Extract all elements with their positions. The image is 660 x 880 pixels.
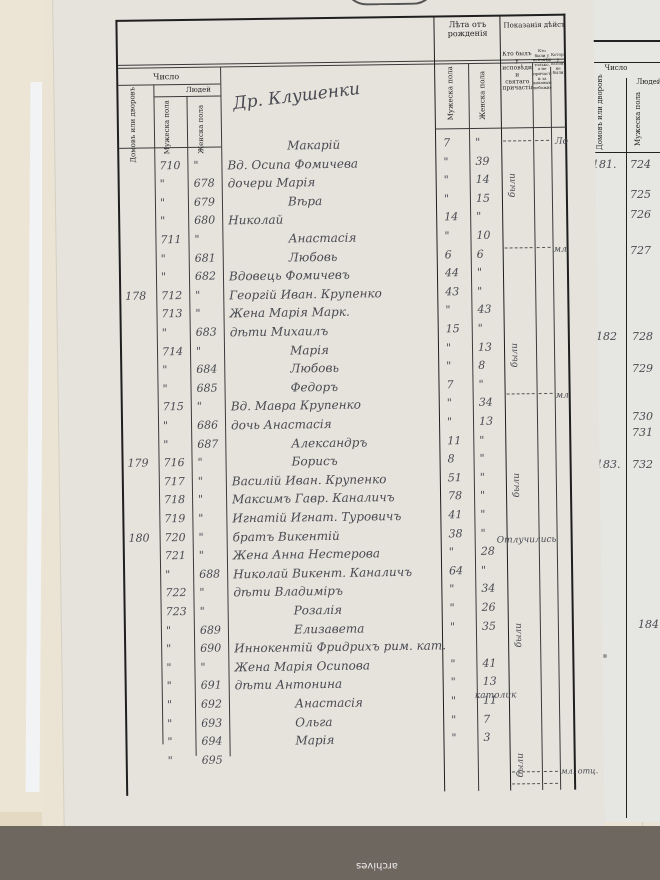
- male-number: ": [165, 568, 170, 581]
- male-number: ": [163, 419, 168, 432]
- right-entry: 732: [632, 458, 653, 471]
- status-were-5: были: [516, 753, 526, 777]
- right-entry: 726: [630, 208, 651, 221]
- male-number: ": [162, 326, 167, 339]
- male-number: ": [167, 680, 172, 693]
- male-number: ": [163, 438, 168, 451]
- age-male: 7: [443, 136, 450, 149]
- age-male: ": [451, 731, 456, 744]
- person-name: братъ Викентій: [233, 528, 340, 543]
- person-name: Вѣра: [288, 194, 322, 208]
- age-male: 44: [445, 266, 459, 279]
- male-number: ": [161, 252, 166, 265]
- female-number: 688: [199, 567, 220, 580]
- person-name: Макарій: [287, 138, 340, 153]
- female-number: 686: [197, 419, 218, 432]
- female-number: 679: [194, 195, 215, 208]
- status-note-bottom: мл. отц.: [561, 766, 598, 776]
- female-number: ": [198, 475, 203, 488]
- person-name: Николай: [228, 213, 283, 228]
- female-number: 695: [202, 753, 223, 766]
- person-name: Николай Викент. Каналичъ: [233, 565, 412, 581]
- female-number: 685: [196, 381, 217, 394]
- person-name: Вд. Мавра Крупенко: [231, 398, 361, 414]
- person-name: Игнатій Игнат. Туровичъ: [232, 509, 401, 525]
- age-male: ": [451, 694, 456, 707]
- age-female: ": [477, 285, 482, 298]
- female-number: ": [195, 307, 200, 320]
- male-number: 714: [162, 345, 183, 358]
- age-female: ": [480, 489, 485, 502]
- person-name: дѣти Антонина: [235, 677, 343, 692]
- male-number: ": [162, 363, 167, 376]
- age-female: ": [475, 136, 480, 149]
- page-mark: [603, 654, 607, 658]
- right-entry: 729: [632, 362, 653, 375]
- age-male: ": [445, 304, 450, 317]
- person-name: Василій Иван. Крупенко: [232, 472, 387, 488]
- male-number: 720: [165, 531, 186, 544]
- age-male: ": [444, 192, 449, 205]
- age-female: ": [481, 526, 486, 539]
- age-female: 34: [481, 582, 495, 595]
- person-name: Анастасія: [295, 696, 363, 711]
- brand-mark: archives: [356, 860, 398, 871]
- person-name: дочь Анастасія: [231, 417, 332, 432]
- female-number: ": [199, 530, 204, 543]
- header-status: Показанія дѣйствія: [503, 21, 565, 30]
- male-number: ": [166, 624, 171, 637]
- person-name: Любовь: [290, 361, 339, 376]
- female-number: ": [194, 233, 199, 246]
- male-number: 715: [163, 400, 184, 413]
- female-number: ": [198, 493, 203, 506]
- age-female: ": [479, 452, 484, 465]
- age-female: 26: [482, 601, 496, 614]
- header-status-only-confessed: Кто были у исповѣди только, а не причаст…: [533, 49, 552, 119]
- right-col-households: Домовъ или дворовъ: [596, 90, 604, 150]
- person-name: Борисъ: [291, 454, 337, 469]
- age-female: 34: [479, 396, 493, 409]
- person-name: Марія: [290, 343, 329, 358]
- age-male: ": [449, 545, 454, 558]
- female-number: 682: [195, 270, 216, 283]
- age-female: 41: [482, 656, 496, 669]
- status-catholic: католик: [475, 690, 517, 701]
- female-number: ": [193, 158, 198, 171]
- female-number: 681: [195, 251, 216, 264]
- person-name: дѣти Михаилъ: [230, 324, 329, 339]
- female-number: 689: [200, 623, 221, 636]
- right-entry: 725: [630, 188, 651, 201]
- age-male: ": [450, 601, 455, 614]
- male-number: 723: [166, 605, 187, 618]
- person-name: Жена Марія Осипова: [234, 658, 370, 674]
- male-number: ": [167, 717, 172, 730]
- person-name: Елизавета: [294, 621, 365, 636]
- village-heading: Др. Клушенки: [232, 79, 361, 114]
- person-name: Любовь: [289, 249, 338, 264]
- person-name: Александръ: [291, 435, 367, 450]
- female-number: 694: [201, 735, 222, 748]
- person-name: дочери Марія: [228, 175, 316, 190]
- female-number: ": [199, 549, 204, 562]
- age-female: 13: [483, 675, 497, 688]
- age-male: ": [451, 676, 456, 689]
- age-female: ": [478, 322, 483, 335]
- female-number: 684: [196, 363, 217, 376]
- header-status-confessed: Кто былъ у исповѣди и святаго причастія: [502, 51, 533, 113]
- female-number: 690: [200, 642, 221, 655]
- age-male: 14: [444, 211, 458, 224]
- age-male: 64: [449, 564, 463, 577]
- person-name: Ольга: [295, 715, 332, 730]
- female-number: ": [198, 512, 203, 525]
- female-number: 678: [194, 177, 215, 190]
- female-number: 680: [194, 214, 215, 227]
- male-number: 713: [161, 307, 182, 320]
- male-number: ": [161, 270, 166, 283]
- male-number: 716: [163, 456, 184, 469]
- female-number: 683: [196, 326, 217, 339]
- age-male: 15: [446, 322, 460, 335]
- male-number: ": [167, 698, 172, 711]
- status-note-mid2: мл.: [556, 391, 572, 401]
- header-col-households: Домовъ или дворовъ: [129, 103, 138, 163]
- male-number: 719: [164, 512, 185, 525]
- age-male: ": [447, 415, 452, 428]
- male-number: ": [160, 177, 165, 190]
- age-female: 14: [476, 173, 490, 186]
- right-entry: 184: [638, 618, 659, 631]
- male-number: 710: [159, 159, 180, 172]
- header-age-male: Мужеска пола: [446, 70, 455, 120]
- house-number: 179: [127, 457, 148, 470]
- age-male: 38: [449, 527, 463, 540]
- age-male: 78: [448, 490, 462, 503]
- header-age: Лѣта отъ рожденія: [437, 20, 497, 39]
- age-male: 7: [446, 378, 453, 391]
- male-number: 717: [164, 475, 185, 488]
- female-number: 692: [201, 698, 222, 711]
- age-male: ": [450, 657, 455, 670]
- status-were-4: были: [514, 623, 524, 647]
- female-number: ": [195, 289, 200, 302]
- age-female: 28: [481, 545, 495, 558]
- female-number: ": [200, 605, 205, 618]
- person-name: дѣти Владиміръ: [233, 584, 343, 600]
- age-female: ": [480, 508, 485, 521]
- header-number: Число: [136, 72, 196, 82]
- age-female: 10: [476, 229, 490, 242]
- house-number: 180: [129, 531, 150, 544]
- header-status-not: Которые у исповѣди не были: [551, 53, 566, 113]
- male-number: 722: [165, 586, 186, 599]
- printed-crest: [343, 0, 437, 6]
- age-female: 13: [478, 340, 492, 353]
- person-name: Жена Марія Марк.: [229, 305, 349, 321]
- status-note-top: Ло: [555, 137, 568, 147]
- female-number: ": [200, 661, 205, 674]
- right-entry: 727: [630, 244, 651, 257]
- person-name: Марія: [295, 733, 334, 748]
- age-male: ": [444, 229, 449, 242]
- age-male: ": [446, 359, 451, 372]
- age-female: 13: [479, 415, 493, 428]
- person-name: Георгій Иван. Крупенко: [229, 286, 382, 302]
- female-number: ": [197, 456, 202, 469]
- person-name: Максимъ Гавр. Каналичъ: [232, 490, 395, 506]
- right-col-male: Мужеска пола: [634, 96, 642, 146]
- male-number: ": [162, 382, 167, 395]
- status-were-2: были: [510, 343, 520, 367]
- table-surface: [0, 826, 660, 880]
- ledger-page: Число Людей Домовъ или дворовъ Мужеска п…: [52, 0, 605, 854]
- age-male: ": [446, 341, 451, 354]
- age-female: ": [481, 564, 486, 577]
- right-entry: 724: [630, 158, 651, 171]
- age-male: ": [450, 620, 455, 633]
- age-female: ": [480, 471, 485, 484]
- age-male: ": [449, 583, 454, 596]
- male-number: ": [166, 642, 171, 655]
- male-number: 718: [164, 493, 185, 506]
- age-female: 39: [475, 154, 489, 167]
- person-name: Вд. Осипа Фомичева: [227, 156, 358, 172]
- age-female: 35: [482, 619, 496, 632]
- female-number: 693: [201, 716, 222, 729]
- male-number: 721: [165, 549, 186, 562]
- female-number: 691: [201, 679, 222, 692]
- person-name: Вдовець Фомичевъ: [229, 268, 350, 284]
- female-number: ": [196, 344, 201, 357]
- right-entry: 181.: [592, 158, 617, 171]
- person-name: Розалія: [294, 603, 343, 618]
- header-persons: Людей: [178, 86, 218, 95]
- male-number: ": [160, 215, 165, 228]
- age-female: 43: [477, 303, 491, 316]
- age-male: 51: [448, 471, 462, 484]
- right-entry: 731: [632, 426, 653, 439]
- right-header-number: Число: [596, 64, 636, 72]
- male-number: ": [168, 754, 173, 767]
- status-were-1: были: [508, 173, 518, 197]
- female-number: ": [197, 400, 202, 413]
- male-number: 711: [160, 233, 181, 246]
- age-male: 8: [447, 452, 454, 465]
- person-name: Жена Анна Нестерова: [233, 546, 380, 562]
- age-female: ": [479, 433, 484, 446]
- age-male: ": [443, 155, 448, 168]
- status-were-3: были: [512, 473, 522, 497]
- age-male: 6: [445, 248, 452, 261]
- male-number: ": [166, 661, 171, 674]
- age-male: ": [447, 397, 452, 410]
- right-entry: 182: [596, 330, 617, 343]
- age-male: 43: [445, 285, 459, 298]
- header-age-female: Женска пола: [478, 70, 487, 120]
- status-note-mid1: мл.: [554, 245, 570, 255]
- age-female: ": [477, 266, 482, 279]
- age-male: 41: [448, 508, 462, 521]
- right-header-persons: Людей: [634, 78, 660, 86]
- person-name: Иннокентій Фридрихъ рим. кат.: [234, 639, 446, 656]
- male-number: 712: [161, 289, 182, 302]
- female-number: 687: [197, 437, 218, 450]
- house-number: 178: [125, 289, 146, 302]
- age-female: ": [476, 210, 481, 223]
- male-number: ": [160, 196, 165, 209]
- person-name: Федоръ: [290, 380, 338, 395]
- right-entry: 728: [632, 330, 653, 343]
- age-male: ": [451, 713, 456, 726]
- person-name: Анастасія: [288, 231, 356, 246]
- age-female: 3: [483, 731, 490, 744]
- age-female: 7: [483, 712, 490, 725]
- male-number: ": [167, 735, 172, 748]
- age-male: ": [444, 173, 449, 186]
- age-female: ": [478, 378, 483, 391]
- age-female: 8: [478, 359, 485, 372]
- right-entry: 730: [632, 410, 653, 423]
- age-male: 11: [447, 434, 461, 447]
- female-number: ": [199, 586, 204, 599]
- status-absent: Отлучились: [497, 535, 557, 546]
- age-female: 15: [476, 192, 490, 205]
- age-female: 6: [477, 247, 484, 260]
